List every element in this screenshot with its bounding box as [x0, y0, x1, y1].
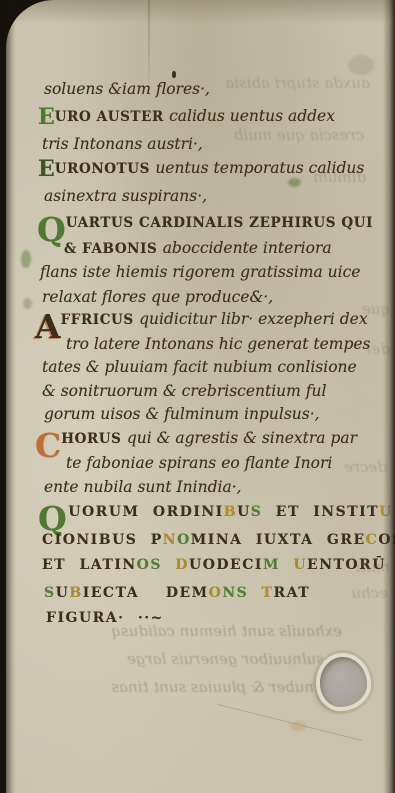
text-line-16: te faboniae spirans eo flante Inori [66, 450, 332, 476]
text-segment: D [175, 557, 189, 573]
text-line-8: flans iste hiemis rigorem gratissima uic… [40, 259, 360, 285]
text-segment: URO AUSTER [55, 109, 169, 125]
text-segment: O [177, 532, 191, 548]
text-line-20: ET LATINOS DUODECIM UENTORŪ [42, 552, 386, 578]
text-segment [162, 557, 175, 573]
text-segment: qui & agrestis & sinextra par [127, 429, 357, 447]
text-line-2: EURO AUSTER calidus uentus addex [38, 103, 335, 130]
text-segment: ET INSTIT [262, 504, 379, 520]
illuminated-initial-C: C [35, 429, 61, 462]
text-segment: U [293, 557, 307, 573]
text-segment: U [237, 504, 251, 520]
text-segment: C [366, 532, 379, 548]
text-segment: UARTUS CARDINALIS ZEPHIRUS QUI [66, 215, 373, 231]
illuminated-initial-Q: Q [37, 213, 66, 246]
text-segment: N [222, 585, 236, 601]
text-segment: soluens &iam flores·, [44, 80, 210, 98]
illuminated-initial-E: E [38, 158, 55, 180]
text-segment: O [209, 585, 223, 601]
text-segment: S [150, 557, 162, 573]
text-line-12: tates & pluuiam facit nubium conlisione [42, 354, 357, 380]
text-segment: RAT [274, 585, 311, 601]
text-segment: quidicitur libr· exzepheri dex [139, 310, 368, 328]
text-segment: N [163, 532, 177, 548]
text-segment: & sonitruorum & crebriscentium ful [42, 382, 326, 400]
text-line-3: tris Intonans austri·, [42, 131, 203, 157]
text-segment: UORUM ORDINI [68, 504, 223, 520]
text-segment: URONOTUS [55, 161, 156, 177]
text-segment: B [69, 585, 82, 601]
text-segment: relaxat flores que produce&·, [42, 288, 273, 306]
text-segment: & FABONIS [64, 241, 163, 257]
text-segment: U [379, 504, 393, 520]
text-segment: calidus uentus addex [169, 107, 335, 125]
text-segment: U [56, 585, 70, 601]
text-line-14: gorum uisos & fulminum inpulsus·, [44, 401, 320, 427]
text-line-1: soluens &iam flores·, [44, 76, 210, 102]
showthrough-text: sulnuuibor generuis large [94, 650, 324, 668]
tan-stain [291, 721, 306, 731]
text-line-22: FIGURA· ··~ [46, 605, 164, 631]
text-segment: flans iste hiemis rigorem gratissima uic… [40, 263, 360, 281]
text-segment: aboccidente interiora [163, 239, 332, 257]
text-segment: asinextra suspirans·, [44, 187, 207, 205]
illuminated-initial-E: E [38, 106, 55, 128]
green-stain [23, 298, 32, 309]
parchment-hole [320, 657, 367, 707]
text-segment: gorum uisos & fulminum inpulsus·, [44, 405, 320, 423]
text-segment [248, 585, 261, 601]
text-segment: ENTORŪ [307, 557, 386, 573]
text-segment: HORUS [61, 431, 127, 447]
text-segment: ET LATIN [42, 557, 137, 573]
text-segment: B [224, 504, 237, 520]
text-segment: O [137, 557, 151, 573]
text-segment: MINA IUXTA GRE [191, 532, 366, 548]
text-segment: IECTA DEM [83, 585, 209, 601]
showthrough-text: echu [338, 584, 388, 602]
text-segment: tris Intonans austri·, [42, 135, 203, 153]
text-line-7: & FABONIS aboccidente interiora [64, 235, 332, 262]
text-segment: tates & pluuiam facit nubium conlisione [42, 358, 357, 376]
text-line-19: CIONIBUS PNOMINA IUXTA GRECOS [42, 527, 395, 553]
text-segment: uentus temporatus calidus [155, 159, 364, 177]
text-segment: te faboniae spirans eo flante Inori [66, 454, 332, 472]
text-line-21: SUBIECTA DEMONS TRAT [44, 580, 310, 606]
text-segment: O [378, 532, 392, 548]
ink-speck [172, 71, 176, 78]
text-segment: S [44, 585, 56, 601]
text-segment [280, 557, 293, 573]
showthrough-text: nuber & pluuias sunt tinas [64, 678, 314, 696]
text-segment: tro latere Intonans hic generat tempes [66, 335, 371, 353]
showthrough-text: auxda stupri abisia [240, 74, 370, 92]
illuminated-initial-A: A [35, 310, 61, 343]
text-segment: FIGURA· ··~ [46, 610, 164, 626]
text-segment: S [251, 504, 263, 520]
green-stain [21, 250, 31, 268]
text-line-5: asinextra suspirans·, [44, 183, 207, 209]
text-segment: ente nubila sunt Inindia·, [44, 478, 242, 496]
text-segment: UODECI [189, 557, 263, 573]
text-segment: S [237, 585, 249, 601]
text-segment: T [262, 585, 274, 601]
text-line-4: EURONOTUS uentus temporatus calidus [38, 155, 364, 182]
text-segment: FFRICUS [61, 312, 139, 328]
text-segment: M [263, 557, 280, 573]
text-segment: CIONIBUS P [42, 532, 163, 548]
green-stain [288, 178, 301, 187]
gray-blotch [348, 55, 374, 75]
text-line-17: ente nubila sunt Inindia·, [44, 474, 242, 500]
